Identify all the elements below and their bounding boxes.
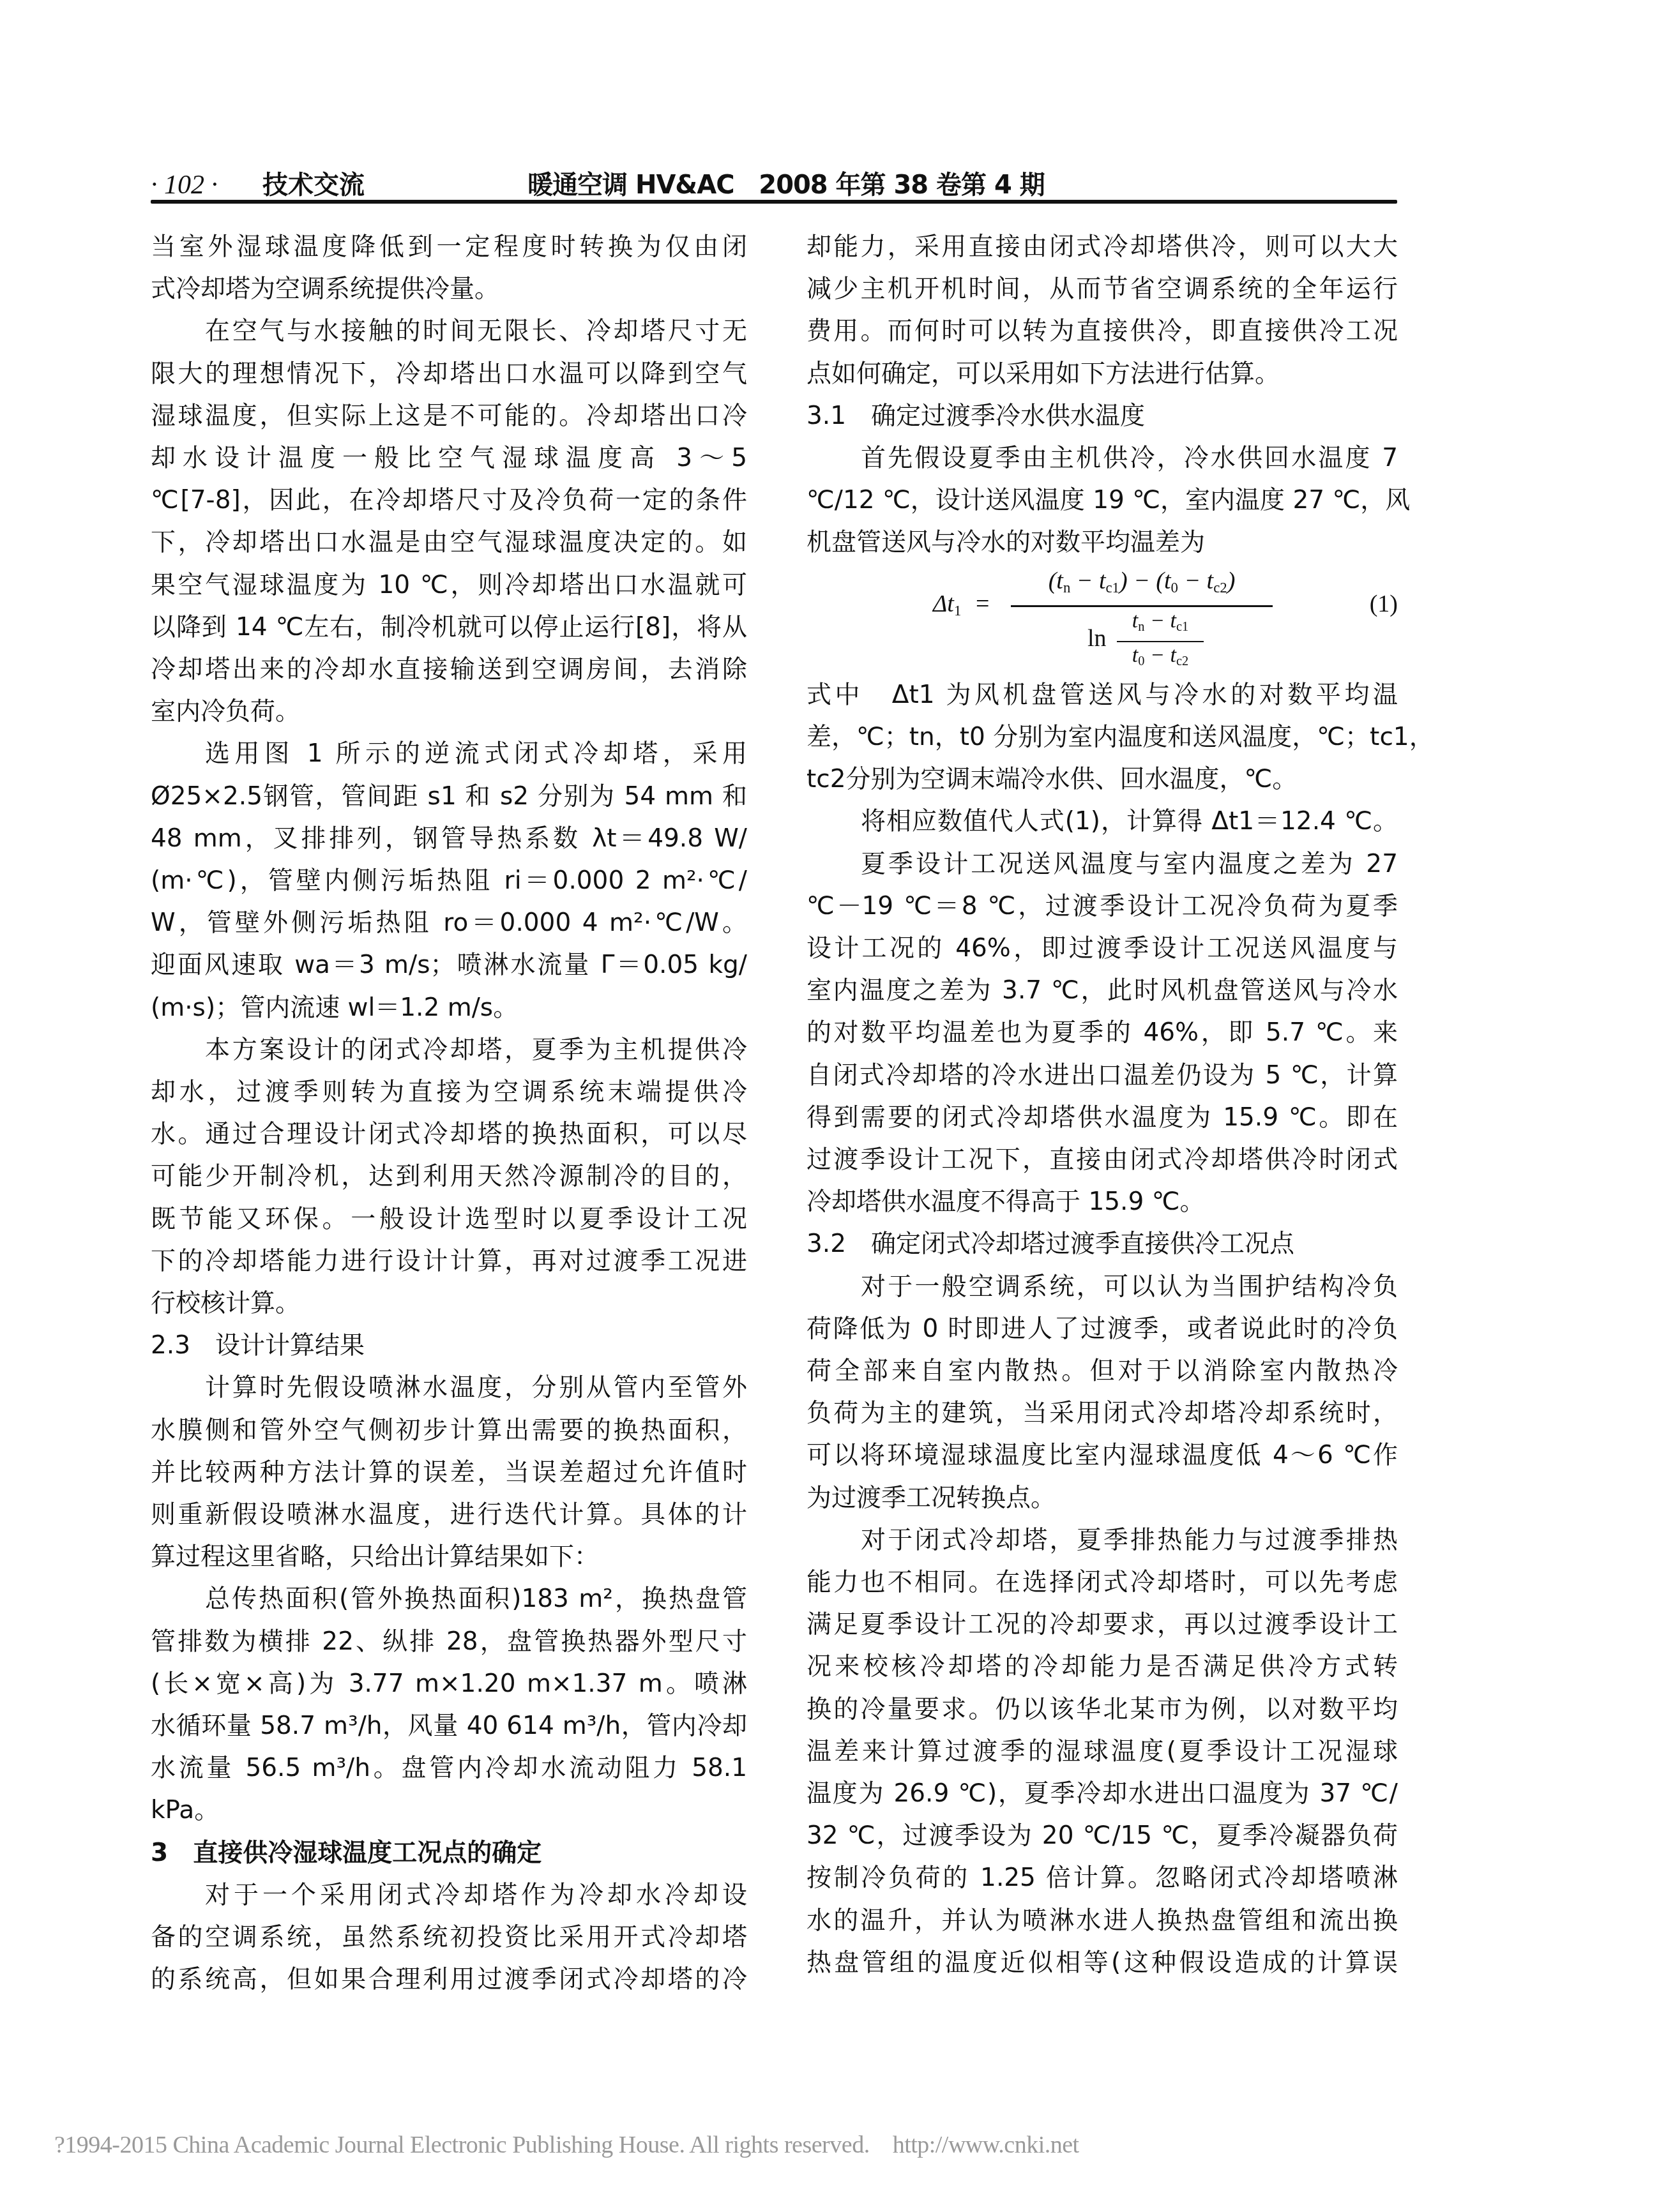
- text-line: 室内冷负荷。: [151, 691, 747, 733]
- equation-1: Δt1 = (tn − tc1) − (t0 − tc2) ln tn − tc…: [807, 567, 1398, 675]
- text-line: 湿球温度，但实际上这是不可能的。冷却塔出口冷: [151, 395, 747, 437]
- text-line: 在空气与水接触的时间无限长、冷却塔尺寸无: [151, 310, 747, 352]
- section-heading: 3.2 确定闭式冷却塔过渡季直接供冷工况点: [807, 1223, 1398, 1265]
- section-heading: 2.3 设计计算结果: [151, 1325, 747, 1367]
- text-line: 自闭式冷却塔的冷水进出口温差仍设为 5 ℃，计算: [807, 1055, 1398, 1097]
- text-line: 以降到 14 ℃左右，制冷机就可以停止运行[8]，将从: [151, 606, 747, 649]
- inner-numerator: tn − tc1: [1117, 609, 1204, 635]
- text-line: 备的空调系统，虽然系统初投资比采用开式冷却塔: [151, 1916, 747, 1959]
- text-line: 既节能又环保。一般设计选型时以夏季设计工况: [151, 1198, 747, 1240]
- text-line: 行校核计算。: [151, 1283, 747, 1325]
- formula-equals: =: [976, 590, 989, 618]
- text-line: 设计工况的 46%，即过渡季设计工况送风温度与: [807, 928, 1398, 970]
- text-line: 为过渡季工况转换点。: [807, 1477, 1398, 1519]
- text-line: 选用图 1 所示的逆流式闭式冷却塔，采用: [151, 733, 747, 775]
- text-line: 对于闭式冷却塔，夏季排热能力与过渡季排热: [807, 1519, 1398, 1561]
- text-line: 差，℃；tn，t0 分别为室内温度和送风温度，℃；tc1，: [807, 716, 1398, 758]
- text-line: 室内温度之差为 3.7 ℃，此时风机盘管送风与冷水: [807, 970, 1398, 1012]
- text-line: 况来校核冷却塔的冷却能力是否满足供冷方式转: [807, 1646, 1398, 1688]
- formula-denominator: ln tn − tc1 t0 − tc2: [1087, 613, 1215, 674]
- text-line: 计算时先假设喷淋水温度，分别从管内至管外: [151, 1367, 747, 1409]
- text-line: 水循环量 58.7 m³/h，风量 40 614 m³/h，管内冷却: [151, 1705, 747, 1747]
- text-line: 冷却塔供水温度不得高于 15.9 ℃。: [807, 1181, 1398, 1223]
- text-line: 却水设计温度一般比空气湿球温度高 3～5: [151, 437, 747, 479]
- text-line: 则重新假设喷淋水温度，进行迭代计算。具体的计: [151, 1494, 747, 1536]
- text-line: 对于一个采用闭式冷却塔作为冷却水冷却设: [151, 1874, 747, 1916]
- text-line: tc2分别为空调末端冷水供、回水温度，℃。: [807, 758, 1398, 801]
- text-line: 水流量 56.5 m³/h。盘管内冷却水流动阻力 58.1: [151, 1747, 747, 1789]
- text-line: 算过程这里省略，只给出计算结果如下：: [151, 1536, 747, 1578]
- text-line: 32 ℃，过渡季设为 20 ℃/15 ℃，夏季冷凝器负荷: [807, 1815, 1398, 1857]
- text-line: 水膜侧和管外空气侧初步计算出需要的换热面积，: [151, 1410, 747, 1452]
- text-line: 却水，过渡季则转为直接为空调系统末端提供冷: [151, 1071, 747, 1113]
- text-line: 对于一般空调系统，可以认为当围护结构冷负: [807, 1266, 1398, 1308]
- text-line: 荷降低为 0 时即进人了过渡季，或者说此时的冷负: [807, 1308, 1398, 1350]
- page-number: · 102 ·: [151, 167, 218, 203]
- text-line: 将相应数值代人式(1)，计算得 Δt1＝12.4 ℃。: [807, 801, 1398, 843]
- text-line: 的系统高，但如果合理利用过渡季闭式冷却塔的冷: [151, 1959, 747, 2001]
- text-line: 费用。而何时可以转为直接供冷，即直接供冷工况: [807, 310, 1398, 352]
- text-line: 过渡季设计工况下，直接由闭式冷却塔供冷时闭式: [807, 1139, 1398, 1181]
- text-line: kPa。: [151, 1789, 747, 1832]
- section-heading: 3 直接供冷湿球温度工况点的确定: [151, 1832, 747, 1874]
- text-line: 限大的理想情况下，冷却塔出口水温可以降到空气: [151, 353, 747, 395]
- text-line: 可能少开制冷机，达到利用天然冷源制冷的目的，: [151, 1155, 747, 1198]
- text-line: 下，冷却塔出口水温是由空气湿球温度决定的。如: [151, 522, 747, 564]
- text-line: 满足夏季设计工况的冷却要求，再以过渡季设计工: [807, 1604, 1398, 1646]
- formula-lhs: Δt1: [933, 590, 961, 619]
- text-line: 却能力，采用直接由闭式冷却塔供冷，则可以大大: [807, 226, 1398, 268]
- text-line: 管排数为横排 22、纵排 28，盘管换热器外型尺寸: [151, 1621, 747, 1663]
- equation-number: (1): [1370, 590, 1398, 618]
- header-rule: [151, 200, 1397, 204]
- text-line: 机盘管送风与冷水的对数平均温差为: [807, 522, 1398, 564]
- copyright-footer: ?1994-2015 China Academic Journal Electr…: [54, 2131, 1079, 2159]
- text-line: (m·℃)，管壁内侧污垢热阻 ri＝0.000 2 m²·℃/: [151, 860, 747, 902]
- section-heading: 3.1 确定过渡季冷水供水温度: [807, 395, 1398, 437]
- text-line: 负荷为主的建筑，当采用闭式冷却塔冷却系统时，: [807, 1392, 1398, 1434]
- text-line: 水的温升，并认为喷淋水进人换热盘管组和流出换: [807, 1900, 1398, 1942]
- text-line: W，管壁外侧污垢热阻 ro＝0.000 4 m²·℃/W。: [151, 902, 747, 944]
- text-line: 果空气湿球温度为 10 ℃，则冷却塔出口水温就可: [151, 564, 747, 606]
- text-line: 总传热面积(管外换热面积)183 m²，换热盘管: [151, 1578, 747, 1620]
- fraction-bar: [1011, 605, 1273, 607]
- text-line: 荷全部来自室内散热。但对于以消除室内散热冷: [807, 1350, 1398, 1392]
- running-header: · 102 · 技术交流 暖通空调 HV&AC 2008 年第 38 卷第 4 …: [151, 167, 1397, 203]
- text-line: 温度为 26.9 ℃)，夏季冷却水进出口温度为 37 ℃/: [807, 1773, 1398, 1815]
- text-line: 换的冷量要求。仍以该华北某市为例，以对数平均: [807, 1689, 1398, 1731]
- text-line: Ø25×2.5钢管，管间距 s1 和 s2 分别为 54 mm 和: [151, 776, 747, 818]
- journal-title: 暖通空调 HV&AC 2008 年第 38 卷第 4 期: [527, 167, 1045, 203]
- text-line: 本方案设计的闭式冷却塔，夏季为主机提供冷: [151, 1029, 747, 1071]
- text-line: 能力也不相同。在选择闭式冷却塔时，可以先考虑: [807, 1561, 1398, 1604]
- inner-denominator: t0 − tc2: [1117, 643, 1204, 669]
- text-line: 温差来计算过渡季的湿球温度(夏季设计工况湿球: [807, 1731, 1398, 1773]
- text-line: 并比较两种方法计算的误差，当误差超过允许值时: [151, 1452, 747, 1494]
- text-line: 式冷却塔为空调系统提供冷量。: [151, 268, 747, 310]
- inner-fraction-bar: [1117, 641, 1204, 642]
- text-line: 的对数平均温差也为夏季的 46%，即 5.7 ℃。来: [807, 1012, 1398, 1054]
- text-line: (长×宽×高)为 3.77 m×1.20 m×1.37 m。喷淋: [151, 1663, 747, 1705]
- section-label: 技术交流: [262, 167, 365, 203]
- text-line: (m·s)；管内流速 wl＝1.2 m/s。: [151, 987, 747, 1029]
- text-line: ℃－19 ℃＝8 ℃，过渡季设计工况冷负荷为夏季: [807, 885, 1398, 928]
- text-line: 热盘管组的温度近似相等(这种假设造成的计算误: [807, 1942, 1398, 1984]
- text-line: 48 mm，叉排排列，钢管导热系数 λt＝49.8 W/: [151, 818, 747, 860]
- text-line: 夏季设计工况送风温度与室内温度之差为 27: [807, 843, 1398, 885]
- text-line: 下的冷却塔能力进行设计计算，再对过渡季工况进: [151, 1240, 747, 1283]
- text-line: 首先假设夏季由主机供冷，冷水供回水温度 7: [807, 437, 1398, 479]
- ln-operator: ln: [1087, 624, 1107, 652]
- text-line: 可以将环境湿球温度比室内湿球温度低 4～6 ℃作: [807, 1434, 1398, 1477]
- text-line: 按制冷负荷的 1.25 倍计算。忽略闭式冷却塔喷淋: [807, 1857, 1398, 1899]
- text-line: 冷却塔出来的冷却水直接输送到空调房间，去消除: [151, 649, 747, 691]
- text-line: 迎面风速取 wa＝3 m/s；喷淋水流量 Γ＝0.05 kg/: [151, 944, 747, 986]
- formula-numerator: (tn − tc1) − (t0 − tc2): [1011, 567, 1273, 596]
- text-line: 点如何确定，可以采用如下方法进行估算。: [807, 353, 1398, 395]
- text-line: 当室外湿球温度降低到一定程度时转换为仅由闭: [151, 226, 747, 268]
- text-line: 得到需要的闭式冷却塔供水温度为 15.9 ℃。即在: [807, 1097, 1398, 1139]
- text-line: 水。通过合理设计闭式冷却塔的换热面积，可以尽: [151, 1113, 747, 1155]
- text-line: 式中 Δt1 为风机盘管送风与冷水的对数平均温: [807, 674, 1398, 716]
- text-line: 减少主机开机时间，从而节省空调系统的全年运行: [807, 268, 1398, 310]
- text-line: ℃/12 ℃，设计送风温度 19 ℃，室内温度 27 ℃，风: [807, 479, 1398, 522]
- text-line: ℃[7-8]，因此，在冷却塔尺寸及冷负荷一定的条件: [151, 479, 747, 522]
